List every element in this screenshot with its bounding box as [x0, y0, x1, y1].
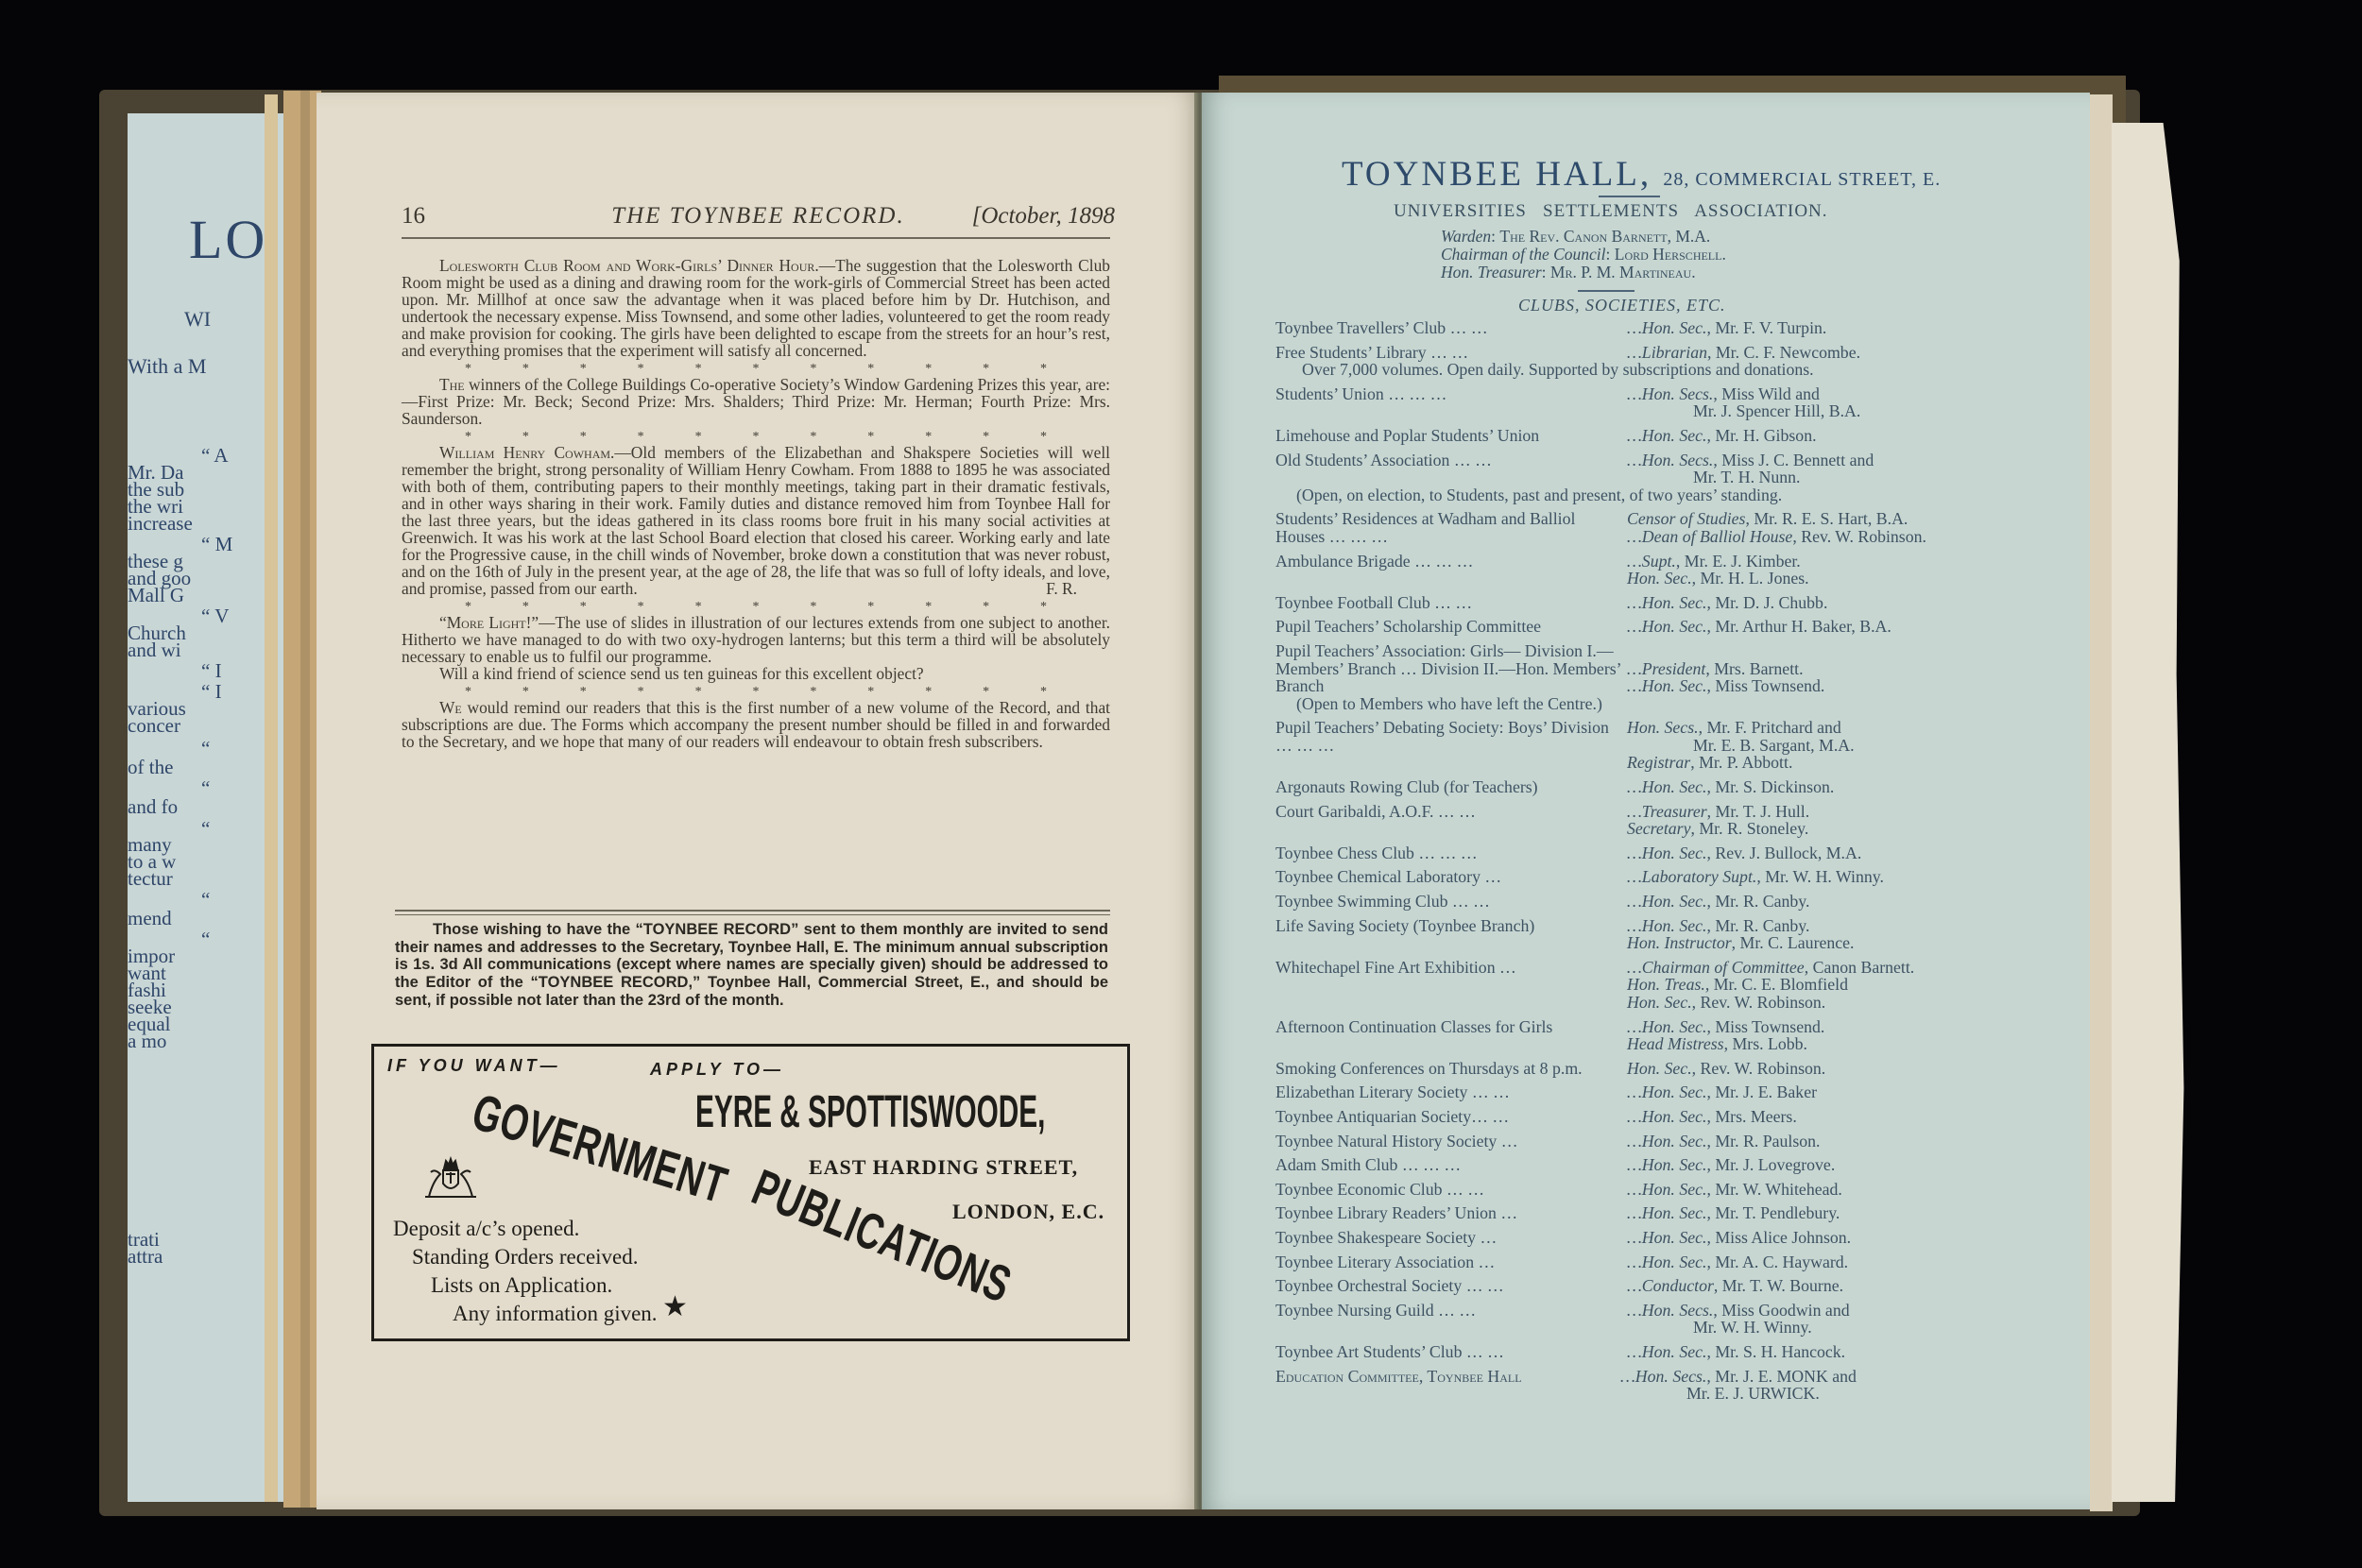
- officer-chairman: Chairman of the Council: Lord Herschell.: [1441, 246, 1726, 264]
- club-officers: …Hon. Sec., Miss Alice Johnson.: [1627, 1229, 2031, 1247]
- underlying-text-fragment: and wi: [128, 639, 181, 662]
- officer-name: , Mr. T. J. Hull.: [1707, 802, 1810, 821]
- club-note: (Open, on election, to Students, past an…: [1275, 486, 2031, 504]
- officer-name: , Mr. T. W. Bourne.: [1714, 1276, 1843, 1295]
- club-officers: …Treasurer, Mr. T. J. Hull.Secretary, Mr…: [1627, 803, 2031, 838]
- club-entry: Pupil Teachers’ Scholarship Committee…Ho…: [1275, 618, 2031, 636]
- officer-name: , Mr. R. Paulson.: [1706, 1132, 1820, 1150]
- club-name: Students’ Residences at Wadham and Balli…: [1275, 510, 1627, 545]
- officer-name: , Mr. S. H. Hancock.: [1706, 1342, 1845, 1361]
- ad-if-you-want: IF YOU WANT—: [387, 1056, 561, 1076]
- officer-line: …Supt., Mr. E. J. Kimber.: [1627, 553, 2031, 571]
- club-entry: Ambulance Brigade … … ……Supt., Mr. E. J.…: [1275, 553, 2031, 588]
- officer-role: …Hon. Sec.: [1627, 318, 1706, 337]
- underlying-text-fragment: Mall G: [128, 584, 184, 607]
- club-name: Toynbee Football Club … …: [1275, 594, 1627, 612]
- club-officers: Censor of Studies, Mr. R. E. S. Hart, B.…: [1627, 510, 2031, 545]
- club-name: Toynbee Nursing Guild … …: [1275, 1302, 1627, 1337]
- officer-role: …Hon. Sec.: [1627, 777, 1706, 796]
- officer-role: Hon. Sec.: [1627, 569, 1692, 588]
- club-name: Pupil Teachers’ Debating Society: Boys’ …: [1275, 719, 1627, 772]
- officer-name: , Mr. T. Pendlebury.: [1706, 1203, 1840, 1222]
- officer-name: , Miss Alice Johnson.: [1706, 1228, 1851, 1247]
- officer-role: Head Mistress: [1627, 1034, 1724, 1053]
- club-officers: …Conductor, Mr. T. W. Bourne.: [1627, 1277, 2031, 1295]
- club-officers: …Hon. Sec., Mr. R. Canby.: [1627, 893, 2031, 911]
- asterisk: *: [695, 682, 702, 699]
- underlying-text-fragment: “: [201, 817, 210, 841]
- club-entry: Toynbee Swimming Club … ……Hon. Sec., Mr.…: [1275, 893, 2031, 911]
- club-officers: …Hon. Sec., Mr. W. Whitehead.: [1627, 1181, 2031, 1199]
- club-name: Toynbee Chess Club … … …: [1275, 844, 1627, 862]
- asterisk: *: [752, 427, 759, 444]
- section-title: CLUBS, SOCIETIES, ETC.: [1518, 297, 1726, 315]
- asterisk: *: [983, 427, 989, 444]
- underlying-text-fragment: mend: [128, 907, 172, 930]
- club-entry: Toynbee Shakespeare Society ……Hon. Sec.,…: [1275, 1229, 2031, 1247]
- officer-line: Hon. Sec., Mr. H. L. Jones.: [1627, 570, 2031, 588]
- officer-line: …Hon. Sec., Mrs. Meers.: [1627, 1108, 2031, 1126]
- officer-line: Censor of Studies, Mr. R. E. S. Hart, B.…: [1627, 510, 2031, 528]
- asterisk: *: [810, 597, 816, 614]
- club-name: Life Saving Society (Toynbee Branch): [1275, 917, 1627, 952]
- officer-name: , Mr. D. J. Chubb.: [1706, 593, 1827, 612]
- club-name: Education Committee, Toynbee Hall: [1275, 1368, 1620, 1403]
- section-separator: ***********: [402, 427, 1110, 444]
- underlying-text-fragment: a mo: [128, 1030, 166, 1053]
- royal-crest-icon: [421, 1155, 480, 1201]
- underlying-text-fragment: WI: [184, 307, 211, 332]
- club-officers: …Hon. Sec., Miss Townsend.Head Mistress,…: [1627, 1018, 2031, 1053]
- underlying-text-fragment: With a M: [128, 354, 206, 379]
- officer-role: …Hon. Sec.: [1627, 916, 1706, 935]
- underlying-text-fragment: “: [201, 928, 210, 951]
- club-note: (Open to Members who have left the Centr…: [1275, 695, 2031, 713]
- club-entry: Free Students’ Library … ……Librarian, Mr…: [1275, 344, 2031, 362]
- club-entry: Toynbee Literary Association ……Hon. Sec.…: [1275, 1253, 2031, 1271]
- officer-role: …Hon. Sec.: [1627, 1342, 1706, 1361]
- officer-line: Mr. J. Spencer Hill, B.A.: [1627, 402, 2031, 420]
- officer-line: …Chairman of Committee, Canon Barnett.: [1627, 959, 2031, 977]
- club-entry: Whitechapel Fine Art Exhibition ……Chairm…: [1275, 959, 2031, 1012]
- officer-name: , Mr. C. Laurence.: [1732, 933, 1855, 952]
- officer-name: , Mr. J. E. Baker: [1706, 1082, 1817, 1101]
- officer-name: , Mr. R. Canby.: [1706, 892, 1809, 911]
- notice-rule-top: [395, 910, 1110, 912]
- officer-name: , Rev. J. Bullock, M.A.: [1706, 844, 1861, 862]
- asterisk: *: [810, 427, 816, 444]
- right-page-edge: [2090, 94, 2113, 1511]
- officer-line: …Hon. Sec., Miss Townsend.: [1627, 677, 2031, 695]
- officer-role: …Hon. Sec.: [1627, 1155, 1706, 1174]
- club-officers: …Hon. Sec., Mr. A. C. Hayward.: [1627, 1253, 2031, 1271]
- officer-line: Mr. E. J. URWICK.: [1620, 1385, 2031, 1403]
- club-name: Whitechapel Fine Art Exhibition …: [1275, 959, 1627, 1012]
- officer-role: …Hon. Sec.: [1627, 1228, 1706, 1247]
- asterisk: *: [695, 427, 702, 444]
- officer-treasurer: Hon. Treasurer: Mr. P. M. Martineau.: [1441, 264, 1696, 281]
- club-name: Elizabethan Literary Society … …: [1275, 1083, 1627, 1101]
- officer-role: …Conductor: [1627, 1276, 1714, 1295]
- club-officers: …Hon. Sec., Mr. T. Pendlebury.: [1627, 1204, 2031, 1222]
- officer-role: …Hon. Sec.: [1627, 426, 1706, 445]
- club-entry: Toynbee Chess Club … … ……Hon. Sec., Rev.…: [1275, 844, 2031, 862]
- asterisk: *: [925, 359, 932, 376]
- officer-line: …Hon. Secs., Miss Goodwin and: [1627, 1302, 2031, 1320]
- asterisk: *: [695, 597, 702, 614]
- ad-headline-government: GOVERNMENT: [466, 1082, 734, 1216]
- signature: F. R.: [1008, 580, 1077, 597]
- officer-line: …Hon. Sec., Mr. R. Paulson.: [1627, 1133, 2031, 1150]
- club-officers: …Hon. Sec., Mrs. Meers.: [1627, 1108, 2031, 1126]
- asterisk: *: [1040, 597, 1047, 614]
- officer-name: Mr. W. H. Winny.: [1693, 1318, 1812, 1337]
- officer-name: , Mr. F. V. Turpin.: [1706, 318, 1826, 337]
- club-officers: …Hon. Sec., Mr. J. Lovegrove.: [1627, 1156, 2031, 1174]
- club-name: Free Students’ Library … …: [1275, 344, 1627, 362]
- officer-line: …Hon. Sec., Rev. J. Bullock, M.A.: [1627, 844, 2031, 862]
- club-name: Ambulance Brigade … … …: [1275, 553, 1627, 588]
- asterisk: *: [752, 359, 759, 376]
- ad-street: EAST HARDING STREET,: [809, 1155, 1078, 1180]
- club-entry: Adam Smith Club … … ……Hon. Sec., Mr. J. …: [1275, 1156, 2031, 1174]
- officer-role: …Hon. Sec.: [1627, 1082, 1706, 1101]
- officer-line: …Hon. Sec., Miss Alice Johnson.: [1627, 1229, 2031, 1247]
- club-name: Toynbee Orchestral Society … …: [1275, 1277, 1627, 1295]
- officer-name: , Miss Wild and: [1713, 384, 1820, 403]
- club-name: Afternoon Continuation Classes for Girls: [1275, 1018, 1627, 1053]
- officer-name: , Mr. W. Whitehead.: [1706, 1180, 1841, 1199]
- officer-line: …Laboratory Supt., Mr. W. H. Winny.: [1627, 868, 2031, 886]
- officer-line: Head Mistress, Mrs. Lobb.: [1627, 1035, 2031, 1053]
- officer-role: …Laboratory Supt.: [1627, 867, 1756, 886]
- article-column: Lolesworth Club Room and Work-Girls’ Din…: [402, 257, 1110, 750]
- asterisk: *: [638, 427, 644, 444]
- officer-name: , Mr. R. Canby.: [1706, 916, 1809, 935]
- officer-name: , Mrs. Barnett.: [1705, 659, 1803, 678]
- officer-role: …Chairman of Committee: [1627, 958, 1805, 977]
- club-name: Pupil Teachers’ Scholarship Committee: [1275, 618, 1627, 636]
- underlying-text-fragment: “ M: [201, 533, 232, 556]
- officer-line: Hon. Treas., Mr. C. E. Blomfield: [1627, 976, 2031, 994]
- ad-line-1: Deposit a/c’s opened.: [393, 1217, 579, 1241]
- officer-role: Censor of Studies: [1627, 509, 1745, 528]
- club-officers: …Hon. Sec., Mr. S. H. Hancock.: [1627, 1343, 2031, 1361]
- club-entry: Afternoon Continuation Classes for Girls…: [1275, 1018, 2031, 1053]
- officer-name: Mr. J. Spencer Hill, B.A.: [1693, 401, 1860, 420]
- officer-role: …Hon. Sec.: [1627, 1203, 1706, 1222]
- club-entry: Argonauts Rowing Club (for Teachers)…Hon…: [1275, 778, 2031, 796]
- club-entry: Toynbee Travellers’ Club … ……Hon. Sec., …: [1275, 319, 2031, 337]
- officer-role: …Treasurer: [1627, 802, 1707, 821]
- asterisk: *: [580, 682, 587, 699]
- officer-name: , Mr. E. J. Kimber.: [1676, 552, 1801, 571]
- club-officers: Hon. Sec., Rev. W. Robinson.: [1627, 1060, 2031, 1078]
- officer-line: Mr. W. H. Winny.: [1627, 1319, 2031, 1337]
- officer-line: …Hon. Sec., Mr. W. Whitehead.: [1627, 1181, 2031, 1199]
- officer-role: …President: [1627, 659, 1705, 678]
- officer-name: , Miss Townsend.: [1706, 1017, 1824, 1036]
- issue-date: [October, 1898: [972, 203, 1115, 230]
- officer-line: …Hon. Sec., Mr. D. J. Chubb.: [1627, 594, 2031, 612]
- officer-name: , Mr. R. E. S. Hart, B.A.: [1745, 509, 1908, 528]
- officer-line: …Dean of Balliol House, Rev. W. Robinson…: [1627, 528, 2031, 546]
- club-name: Toynbee Antiquarian Society… …: [1275, 1108, 1627, 1126]
- officer-warden: Warden: The Rev. Canon Barnett, M.A.: [1441, 228, 1710, 246]
- club-entry: Toynbee Football Club … ……Hon. Sec., Mr.…: [1275, 594, 2031, 612]
- officer-name: , Canon Barnett.: [1805, 958, 1915, 977]
- underlying-text-fragment: “: [201, 888, 210, 912]
- asterisk: *: [810, 359, 816, 376]
- officer-role: Hon. Sec.: [1627, 993, 1692, 1012]
- club-name: Smoking Conferences on Thursdays at 8 p.…: [1275, 1060, 1627, 1078]
- club-entry: Smoking Conferences on Thursdays at 8 p.…: [1275, 1060, 2031, 1078]
- asterisk: *: [580, 597, 587, 614]
- officer-line: …Hon. Sec., Mr. F. V. Turpin.: [1627, 319, 2031, 337]
- club-name: Adam Smith Club … … …: [1275, 1156, 1627, 1174]
- officer-role: …Hon. Sec.: [1627, 617, 1706, 636]
- asterisk: *: [465, 682, 471, 699]
- club-entry: Toynbee Natural History Society ……Hon. S…: [1275, 1133, 2031, 1150]
- officer-line: Mr. E. B. Sargant, M.A.: [1627, 737, 2031, 755]
- club-name: Argonauts Rowing Club (for Teachers): [1275, 778, 1627, 796]
- officer-line: …Hon. Secs., Miss Wild and: [1627, 385, 2031, 403]
- officer-role: …Hon. Sec.: [1627, 892, 1706, 911]
- officer-line: …Conductor, Mr. T. W. Bourne.: [1627, 1277, 2031, 1295]
- club-entry: Toynbee Chemical Laboratory ……Laboratory…: [1275, 868, 2031, 886]
- underlying-text-fragment: “ A: [201, 444, 229, 468]
- article-more-light: “More Light!”—The use of slides in illus…: [402, 614, 1110, 665]
- subscription-notice: Those wishing to have the “TOYNBEE RECOR…: [395, 921, 1108, 1010]
- officer-line: …Hon. Sec., Miss Townsend.: [1627, 1018, 2031, 1036]
- asterisk: *: [522, 427, 529, 444]
- officer-line: Hon. Secs., Mr. F. Pritchard and: [1627, 719, 2031, 737]
- club-name: Toynbee Natural History Society …: [1275, 1133, 1627, 1150]
- officer-name: , Rev. W. Robinson.: [1692, 993, 1826, 1012]
- club-entry: Toynbee Library Readers’ Union ……Hon. Se…: [1275, 1204, 2031, 1222]
- officer-role: …Hon. Secs.: [1627, 384, 1713, 403]
- officer-role: …Hon. Secs.: [1627, 451, 1713, 469]
- ad-line-3: Lists on Application.: [431, 1273, 612, 1298]
- officer-role: …Hon. Sec.: [1627, 676, 1706, 695]
- club-officers: …Hon. Secs., Miss Wild andMr. J. Spencer…: [1627, 385, 2031, 420]
- ad-firm-name: EYRE & SPOTTISWOODE,: [695, 1086, 1045, 1138]
- asterisk: *: [465, 359, 471, 376]
- club-entry: Life Saving Society (Toynbee Branch)…Hon…: [1275, 917, 2031, 952]
- article-more-light-appeal: Will a kind friend of science send us te…: [402, 665, 1110, 682]
- asterisk: *: [867, 427, 874, 444]
- ad-city: LONDON, E.C.: [952, 1200, 1104, 1224]
- officer-name: , Mr. C. E. Blomfield: [1705, 975, 1848, 994]
- officer-name: Mr. E. J. URWICK.: [1686, 1384, 1820, 1403]
- club-entry: Toynbee Art Students’ Club … ……Hon. Sec.…: [1275, 1343, 2031, 1361]
- asterisk: *: [522, 359, 529, 376]
- officer-name: , Mr. H. L. Jones.: [1692, 569, 1809, 588]
- officer-line: Registrar, Mr. P. Abbott.: [1627, 754, 2031, 772]
- officer-line: …Hon. Sec., Mr. J. Lovegrove.: [1627, 1156, 2031, 1174]
- club-officers: …Hon. Sec., Mr. R. Paulson.: [1627, 1133, 2031, 1150]
- officer-line: …Hon. Sec., Mr. T. Pendlebury.: [1627, 1204, 2031, 1222]
- officer-name: , Mr. C. F. Newcombe.: [1707, 343, 1860, 362]
- club-officers: Hon. Secs., Mr. F. Pritchard andMr. E. B…: [1627, 719, 2031, 772]
- officer-line: …Hon. Sec., Mr. J. E. Baker: [1627, 1083, 2031, 1101]
- officer-role: …Dean of Balliol House: [1627, 527, 1792, 546]
- officer-name: , Mr. J. Lovegrove.: [1706, 1155, 1835, 1174]
- asterisk: *: [752, 597, 759, 614]
- officer-name: , Mr. W. H. Winny.: [1756, 867, 1884, 886]
- club-entry: Limehouse and Poplar Students’ Union…Hon…: [1275, 427, 2031, 445]
- officer-line: Hon. Sec., Rev. W. Robinson.: [1627, 1060, 2031, 1078]
- officer-name: , Mr. J. E. MONK and: [1706, 1367, 1857, 1386]
- underlying-text-fragment: and fo: [128, 795, 178, 819]
- article-window-gardening: The winners of the College Buildings Co-…: [402, 376, 1110, 427]
- officer-role: …Hon. Sec.: [1627, 844, 1706, 862]
- officer-line: Secretary, Mr. R. Stoneley.: [1627, 820, 2031, 838]
- asterisk: *: [638, 597, 644, 614]
- underlying-text-fragment: of the: [128, 756, 173, 779]
- asterisk: *: [638, 359, 644, 376]
- club-officers: …Hon. Sec., Mr. J. E. Baker: [1627, 1083, 2031, 1101]
- asterisk: *: [925, 427, 932, 444]
- page-header: 16 THE TOYNBEE RECORD. [October, 1898: [402, 203, 1115, 241]
- club-officers: …Hon. Secs., Miss J. C. Bennett andMr. T…: [1627, 452, 2031, 486]
- club-entry: Old Students’ Association … ……Hon. Secs.…: [1275, 452, 2031, 486]
- club-entry: Pupil Teachers’ Association: Girls— Divi…: [1275, 642, 2031, 695]
- club-name: Court Garibaldi, A.O.F. … …: [1275, 803, 1627, 838]
- underlying-text-fragment: “: [201, 737, 210, 760]
- underlying-text-fragment: attra: [128, 1245, 163, 1269]
- officer-line: Hon. Instructor, Mr. C. Laurence.: [1627, 934, 2031, 952]
- section-separator: ***********: [402, 597, 1110, 614]
- club-entry: Education Committee, Toynbee Hall…Hon. S…: [1275, 1368, 2031, 1403]
- club-name: Toynbee Swimming Club … …: [1275, 893, 1627, 911]
- officer-name: , Mr. A. C. Hayward.: [1706, 1253, 1848, 1271]
- star-icon: ★: [662, 1290, 688, 1323]
- club-officers: …Hon. Sec., Rev. J. Bullock, M.A.: [1627, 844, 2031, 862]
- ad-line-4: Any information given.: [453, 1302, 658, 1326]
- club-note: Over 7,000 volumes. Open daily. Supporte…: [1275, 361, 2031, 379]
- ad-apply-to: APPLY TO—: [650, 1060, 784, 1080]
- asterisk: *: [983, 597, 989, 614]
- officer-name: , Mrs. Meers.: [1706, 1107, 1796, 1126]
- officer-name: Mr. T. H. Nunn.: [1693, 468, 1800, 486]
- asterisk: *: [867, 682, 874, 699]
- section-rule: [1578, 290, 1635, 292]
- officer-name: , Miss Goodwin and: [1713, 1301, 1849, 1320]
- asterisk: *: [1040, 359, 1047, 376]
- underlying-text-fragment: increase: [128, 512, 193, 536]
- asterisk: *: [580, 359, 587, 376]
- officer-line: …Hon. Secs., Miss J. C. Bennett and: [1627, 452, 2031, 469]
- officer-line: …Librarian, Mr. C. F. Newcombe.: [1627, 344, 2031, 362]
- club-officers: …Supt., Mr. E. J. Kimber.Hon. Sec., Mr. …: [1627, 553, 2031, 588]
- underlying-title-fragment: LO: [189, 208, 267, 271]
- club-name: Toynbee Travellers’ Club … …: [1275, 319, 1627, 337]
- officer-role: …Hon. Sec.: [1627, 1132, 1706, 1150]
- officer-line: …Hon. Sec., Mr. R. Canby.: [1627, 917, 2031, 935]
- club-entry: Toynbee Orchestral Society … ……Conductor…: [1275, 1277, 2031, 1295]
- club-entry: Students’ Residences at Wadham and Balli…: [1275, 510, 2031, 545]
- club-officers: …Hon. Sec., Mr. S. Dickinson.: [1627, 778, 2031, 796]
- officer-line: …Hon. Sec., Mr. S. Dickinson.: [1627, 778, 2031, 796]
- club-entry: Elizabethan Literary Society … ……Hon. Se…: [1275, 1083, 2031, 1101]
- officer-role: …Hon. Sec.: [1627, 1180, 1706, 1199]
- clubs-list: Toynbee Travellers’ Club … ……Hon. Sec., …: [1275, 319, 2031, 1409]
- officer-name: , Mr. F. Pritchard and: [1699, 718, 1841, 737]
- asterisk: *: [580, 427, 587, 444]
- officer-name: , Mr. R. Stoneley.: [1690, 819, 1808, 838]
- club-entry: Students’ Union … … ……Hon. Secs., Miss W…: [1275, 385, 2031, 420]
- asterisk: *: [695, 359, 702, 376]
- club-officers: …Librarian, Mr. C. F. Newcombe.: [1627, 344, 2031, 362]
- officer-role: Hon. Sec.: [1627, 1059, 1692, 1078]
- asterisk: *: [1040, 682, 1047, 699]
- asterisk: *: [522, 682, 529, 699]
- ad-line-2: Standing Orders received.: [412, 1245, 639, 1270]
- officer-name: Mr. E. B. Sargant, M.A.: [1693, 736, 1855, 755]
- club-officers: …Hon. Sec., Mr. H. Gibson.: [1627, 427, 2031, 445]
- asterisk: *: [638, 682, 644, 699]
- association-name: UNIVERSITIES SETTLEMENTS ASSOCIATION.: [1394, 202, 1828, 220]
- officer-line: [1627, 642, 2031, 660]
- club-name: Old Students’ Association … …: [1275, 452, 1627, 486]
- officer-line: …Hon. Sec., Mr. H. Gibson.: [1627, 427, 2031, 445]
- club-name: Toynbee Chemical Laboratory …: [1275, 868, 1627, 886]
- officer-line: Hon. Sec., Rev. W. Robinson.: [1627, 994, 2031, 1012]
- officer-line: Mr. T. H. Nunn.: [1627, 469, 2031, 486]
- officer-name: , Mr. S. Dickinson.: [1706, 777, 1834, 796]
- section-separator: ***********: [402, 359, 1110, 376]
- officer-role: Hon. Treas.: [1627, 975, 1705, 994]
- torn-flyleaf: [2112, 123, 2185, 1502]
- asterisk: *: [867, 597, 874, 614]
- ad-headline-publications: PUBLICATIONS: [745, 1158, 1019, 1315]
- club-name: Toynbee Literary Association …: [1275, 1253, 1627, 1271]
- asterisk: *: [867, 359, 874, 376]
- asterisk: *: [522, 597, 529, 614]
- underlying-text-fragment: “ I: [201, 680, 222, 704]
- officer-name: , Miss Townsend.: [1706, 676, 1824, 695]
- asterisk: *: [983, 359, 989, 376]
- title-rule: [1599, 196, 1660, 197]
- page-stack-edge: [265, 94, 278, 1502]
- club-name: Students’ Union … … …: [1275, 385, 1627, 420]
- club-name: Pupil Teachers’ Association: Girls— Divi…: [1275, 642, 1627, 695]
- club-entry: Toynbee Economic Club … ……Hon. Sec., Mr.…: [1275, 1181, 2031, 1199]
- officer-role: …Hon. Secs.: [1627, 1301, 1713, 1320]
- officer-role: …Hon. Sec.: [1627, 1017, 1706, 1036]
- club-officers: …Chairman of Committee, Canon Barnett.Ho…: [1627, 959, 2031, 1012]
- officer-role: …Supt.: [1627, 552, 1676, 571]
- asterisk: *: [925, 597, 932, 614]
- underlying-text-fragment: “ V: [201, 605, 229, 628]
- officer-role: …Hon. Secs.: [1620, 1367, 1706, 1386]
- officer-role: Hon. Instructor: [1627, 933, 1732, 952]
- asterisk: *: [465, 427, 471, 444]
- asterisk: *: [925, 682, 932, 699]
- officer-role: …Librarian: [1627, 343, 1707, 362]
- asterisk: *: [1040, 427, 1047, 444]
- officer-line: …Hon. Secs., Mr. J. E. MONK and: [1620, 1368, 2031, 1386]
- underlying-text-fragment: concer: [128, 714, 180, 738]
- officer-name: , Mr. P. Abbott.: [1690, 753, 1792, 772]
- article-cowham: William Henry Cowham.—Old members of the…: [402, 444, 1110, 597]
- club-officers: …Hon. Sec., Mr. R. Canby.Hon. Instructor…: [1627, 917, 2031, 952]
- asterisk: *: [810, 682, 816, 699]
- club-entry: Court Garibaldi, A.O.F. … ……Treasurer, M…: [1275, 803, 2031, 838]
- club-name: Limehouse and Poplar Students’ Union: [1275, 427, 1627, 445]
- club-officers: …President, Mrs. Barnett.…Hon. Sec., Mis…: [1627, 642, 2031, 695]
